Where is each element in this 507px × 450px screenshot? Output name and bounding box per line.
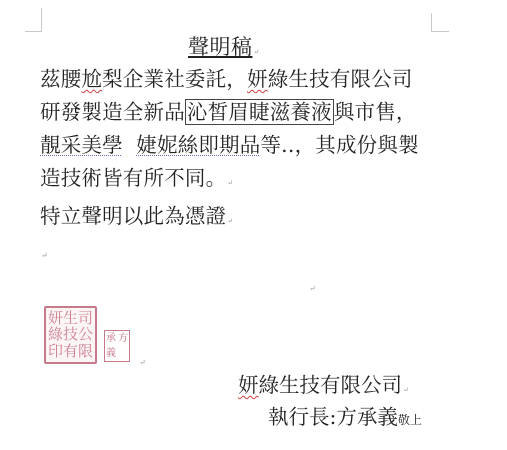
- grammar-flagged-text: 婕妮絲即期品: [136, 133, 260, 157]
- signature-company: 妍綠生技有限公司↵: [238, 372, 409, 403]
- paragraph-mark-icon: ↵: [227, 170, 233, 196]
- document-page: 聲明稿↵ 茲腰尬梨企業社委託，妍綠生技有限公司 研發製造全新品沁皙眉睫滋養液與市…: [0, 0, 507, 450]
- paragraph-mark-icon: ↵: [403, 377, 409, 403]
- spellcheck-flagged-text: 妍: [238, 373, 259, 397]
- spellcheck-flagged-text: 尬: [81, 67, 102, 91]
- page-margin-corner-mark: [431, 13, 449, 32]
- body-line-5: 特立聲明以此為憑證↵: [40, 203, 233, 234]
- company-seal-stamp: 妍 生 司 綠 技 公 印 有 限: [44, 306, 97, 364]
- grammar-flagged-text: 靚采美學: [40, 133, 123, 157]
- paragraph-mark-icon: ↵: [139, 358, 146, 367]
- boxed-product-name: 沁皙眉睫滋養液: [185, 99, 334, 125]
- paragraph-mark-icon: ↵: [41, 251, 48, 260]
- body-line-2: 研發製造全新品沁皙眉睫滋養液與市售，: [40, 99, 417, 125]
- body-line-4: 造技術皆有所不同。↵: [40, 165, 233, 196]
- page-margin-corner-mark: [25, 8, 42, 32]
- body-line-1: 茲腰尬梨企業社委託，妍綠生技有限公司: [40, 66, 413, 92]
- paragraph-mark-icon: ↵: [309, 284, 316, 293]
- body-line-3: 靚采美學 婕妮絲即期品等..，其成份與製: [40, 132, 419, 158]
- spellcheck-flagged-text: 妍: [247, 67, 268, 91]
- document-title: 聲明稿↵: [188, 34, 260, 65]
- signature-executive: 執行長:方承義敬上: [268, 404, 422, 433]
- closing-salutation: 敬上: [398, 413, 422, 427]
- paragraph-mark-icon: ↵: [227, 208, 233, 234]
- personal-seal-stamp: 承 方 義: [104, 330, 130, 362]
- paragraph-mark-icon: ↵: [254, 39, 260, 65]
